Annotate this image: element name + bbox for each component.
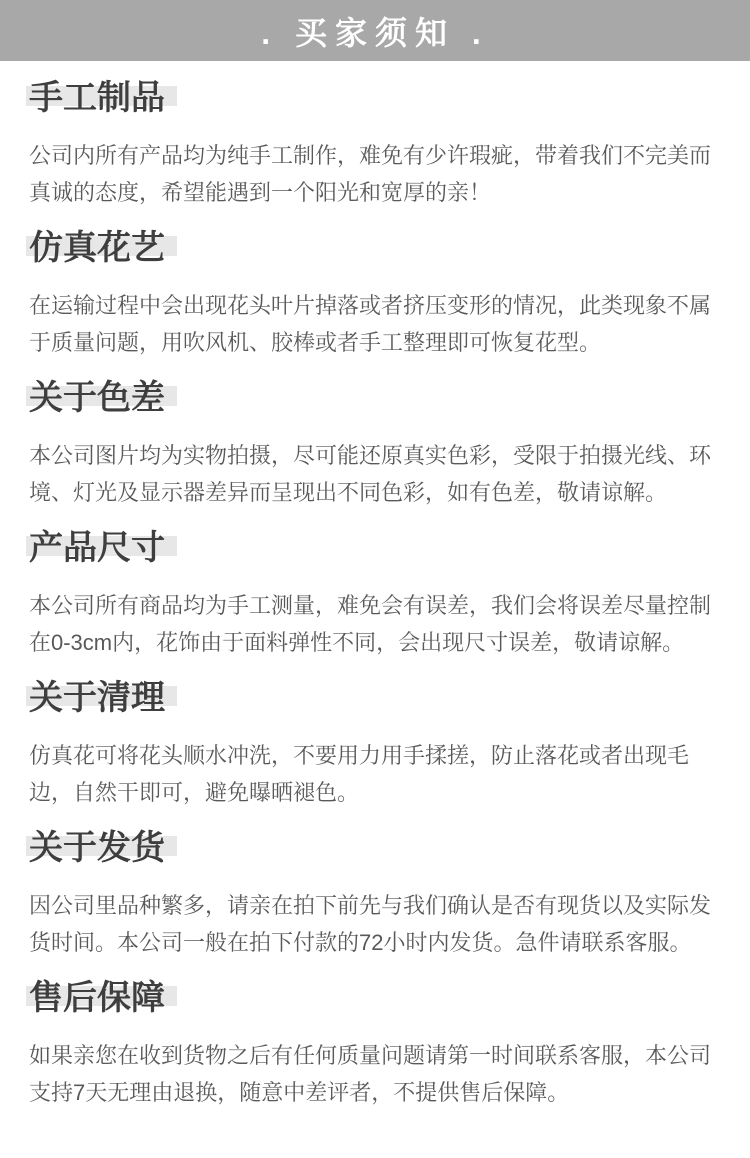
section-body: 如果亲您在收到货物之后有任何质量问题请第一时间联系客服，本公司支持7天无理由退换…: [29, 1037, 721, 1111]
section-cleaning: 关于清理 仿真花可将花头顺水冲洗，不要用力用手揉搓，防止落花或者出现毛边，自然干…: [29, 681, 721, 811]
section-body: 本公司所有商品均为手工测量，难免会有误差，我们会将误差尽量控制在0-3cm内，花…: [29, 587, 721, 661]
section-body: 仿真花可将花头顺水冲洗，不要用力用手揉搓，防止落花或者出现毛边，自然干即可，避免…: [29, 737, 721, 811]
section-heading: 关于色差: [29, 381, 721, 415]
notice-content: 手工制品 公司内所有产品均为纯手工制作，难免有少许瑕疵，带着我们不完美而真诚的态…: [0, 81, 750, 1151]
section-color-difference: 关于色差 本公司图片均为实物拍摄，尽可能还原真实色彩，受限于拍摄光线、环境、灯光…: [29, 381, 721, 511]
section-after-sales: 售后保障 如果亲您在收到货物之后有任何质量问题请第一时间联系客服，本公司支持7天…: [29, 981, 721, 1111]
section-heading: 关于清理: [29, 681, 721, 715]
section-body: 公司内所有产品均为纯手工制作，难免有少许瑕疵，带着我们不完美而真诚的态度，希望能…: [29, 137, 721, 211]
section-heading: 关于发货: [29, 831, 721, 865]
section-heading-text: 仿真花艺: [29, 231, 165, 265]
section-heading: 手工制品: [29, 81, 721, 115]
section-body: 因公司里品种繁多，请亲在拍下前先与我们确认是否有现货以及实际发货时间。本公司一般…: [29, 887, 721, 961]
section-heading: 产品尺寸: [29, 531, 721, 565]
section-heading: 仿真花艺: [29, 231, 721, 265]
section-shipping: 关于发货 因公司里品种繁多，请亲在拍下前先与我们确认是否有现货以及实际发货时间。…: [29, 831, 721, 961]
section-heading-text: 关于清理: [29, 681, 165, 715]
section-product-size: 产品尺寸 本公司所有商品均为手工测量，难免会有误差，我们会将误差尽量控制在0-3…: [29, 531, 721, 661]
section-handmade: 手工制品 公司内所有产品均为纯手工制作，难免有少许瑕疵，带着我们不完美而真诚的态…: [29, 81, 721, 211]
section-artificial-flowers: 仿真花艺 在运输过程中会出现花头叶片掉落或者挤压变形的情况，此类现象不属于质量问…: [29, 231, 721, 361]
section-heading-text: 售后保障: [29, 981, 165, 1015]
section-heading-text: 关于色差: [29, 381, 165, 415]
notice-banner: . 买家须知 .: [0, 0, 750, 61]
section-heading-text: 产品尺寸: [29, 531, 165, 565]
section-heading: 售后保障: [29, 981, 721, 1015]
section-body: 本公司图片均为实物拍摄，尽可能还原真实色彩，受限于拍摄光线、环境、灯光及显示器差…: [29, 437, 721, 511]
section-heading-text: 关于发货: [29, 831, 165, 865]
section-heading-text: 手工制品: [29, 81, 165, 115]
section-body: 在运输过程中会出现花头叶片掉落或者挤压变形的情况，此类现象不属于质量问题，用吹风…: [29, 287, 721, 361]
banner-title: . 买家须知 .: [261, 8, 489, 54]
